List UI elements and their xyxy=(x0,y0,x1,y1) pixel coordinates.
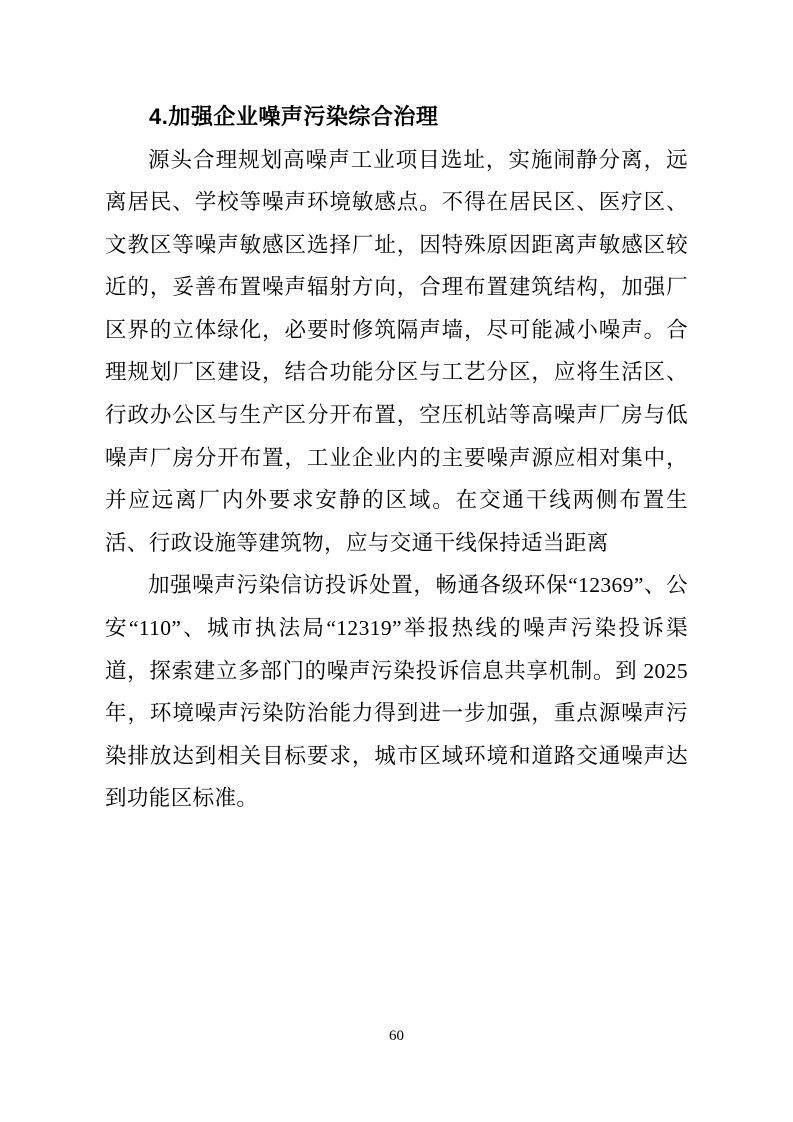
document-page: 4.加强企业噪声污染综合治理 源头合理规划高噪声工业项目选址，实施闹静分离，远离… xyxy=(0,0,793,1122)
page-content: 4.加强企业噪声污染综合治理 源头合理规划高噪声工业项目选址，实施闹静分离，远离… xyxy=(105,96,688,820)
section-heading: 4.加强企业噪声污染综合治理 xyxy=(105,96,688,139)
paragraph-2: 加强噪声污染信访投诉处置，畅通各级环保“12369”、公安“110”、城市执法局… xyxy=(105,564,688,820)
paragraph-1: 源头合理规划高噪声工业项目选址，实施闹静分离，远离居民、学校等噪声环境敏感点。不… xyxy=(105,139,688,565)
page-number: 60 xyxy=(0,1028,793,1045)
